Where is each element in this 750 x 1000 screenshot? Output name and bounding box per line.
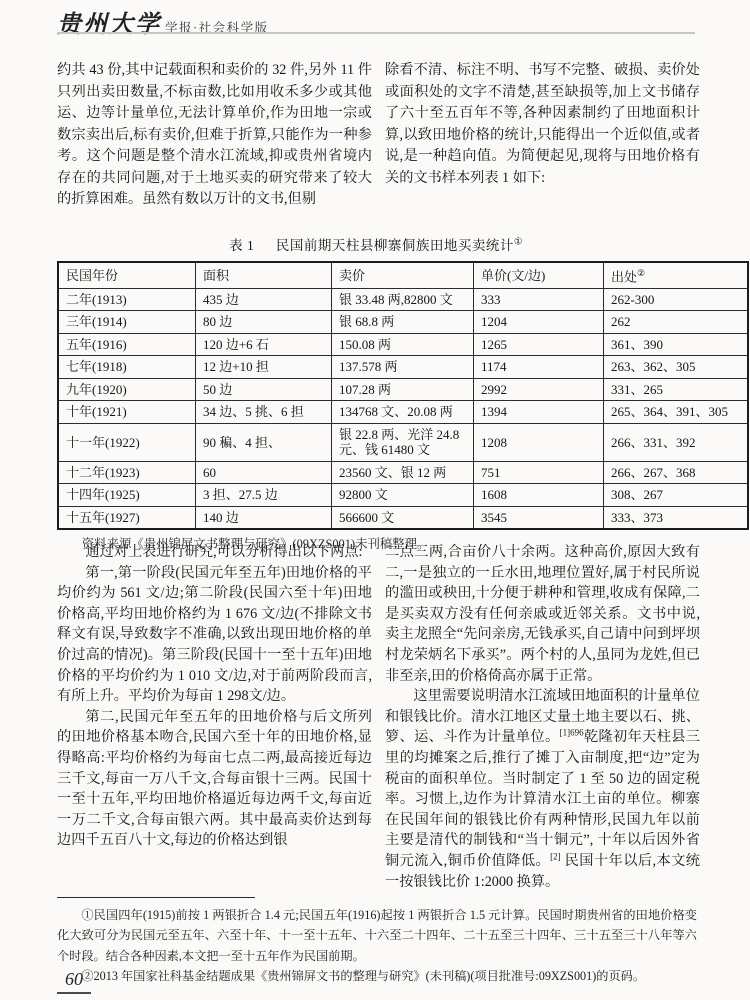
table-cell: 2992: [474, 378, 604, 401]
table-cell: 266、331、392: [604, 423, 749, 461]
table-row: 九年(1920)50 边107.28 两2992331、265: [58, 378, 748, 401]
footnotes: ①民国四年(1915)前按 1 两银折合 1.4 元;民国五年(1916)起按 …: [57, 905, 697, 987]
table-section: 表 1民国前期天柱县柳寨侗族田地买卖统计① 民国年份 面积 卖价 单价(文/边)…: [57, 234, 695, 553]
table-cell: 十五年(1927): [58, 506, 196, 529]
footnote-2: ②2013 年国家社科基金结题成果《贵州锦屏文书的整理与研究》(未刊稿)(项目批…: [57, 966, 697, 986]
citation-mark: [2]: [550, 851, 561, 861]
table-row: 十五年(1927)140 边566600 文3545333、373: [58, 506, 748, 529]
body-paragraph: 这里需要说明清水江流域田地面积的计量单位和银钱比价。清水江地区丈量土地主要以石、…: [385, 686, 700, 892]
body-paragraph: 约共 43 份,其中记载面积和卖价的 32 件,另外 11 件只列出卖田数量,不…: [57, 60, 372, 211]
table-cell: 十一年(1922): [58, 423, 196, 461]
table-cell: 60: [196, 461, 332, 484]
table-cell: 107.28 两: [332, 378, 474, 401]
table-label: 表 1: [229, 238, 254, 253]
body-paragraph: 通过对上表进行研究,可以分析得出以下两点:: [57, 542, 372, 563]
col-header-source-footnote-mark: ②: [637, 268, 645, 278]
table-row: 十年(1921)34 边、5 挑、6 担134768 文、20.08 两1394…: [58, 401, 748, 424]
body-paragraph: 第二,民国元年至五年的田地价格与后文所列的田地价格基本吻合,民国六至十年的田地价…: [57, 707, 372, 851]
col-header-price: 卖价: [332, 262, 474, 288]
table-cell: 12 边+10 担: [196, 356, 332, 379]
table-header: 民国年份 面积 卖价 单价(文/边) 出处②: [58, 262, 748, 288]
right-column-bottom: 二点三两,合亩价八十余两。这种高价,原因大致有二,一是独立的一丘水田,地理位置好…: [385, 542, 700, 892]
table-row: 七年(1918)12 边+10 担137.578 两1174263、362、30…: [58, 356, 748, 379]
table-cell: 361、390: [604, 333, 749, 356]
table-cell: 80 边: [196, 311, 332, 334]
masthead-rule: [57, 32, 695, 34]
table-cell: 34 边、5 挑、6 担: [196, 401, 332, 424]
table-cell: 1608: [474, 484, 604, 507]
table-cell: 333: [474, 288, 604, 311]
table-cell: 十年(1921): [58, 401, 196, 424]
table-cell: 银 68.8 两: [332, 311, 474, 334]
right-column-top: 除看不清、标注不明、书写不完整、破损、卖价处或面积处的文字不清楚,甚至缺损等,加…: [385, 60, 700, 189]
table-cell: 1208: [474, 423, 604, 461]
table-cell: 308、267: [604, 484, 749, 507]
table-cell: 265、364、391、305: [604, 401, 749, 424]
table-cell: 1204: [474, 311, 604, 334]
table-cell: 266、267、368: [604, 461, 749, 484]
col-header-unit-price: 单价(文/边): [474, 262, 604, 288]
body-paragraph: 二点三两,合亩价八十余两。这种高价,原因大致有二,一是独立的一丘水田,地理位置好…: [385, 542, 700, 686]
journal-page: 贵州大学学报·社会科学版 约共 43 份,其中记载面积和卖价的 32 件,另外 …: [0, 0, 750, 1000]
table-cell: 三年(1914): [58, 311, 196, 334]
table-cell: 90 稨、4 担、: [196, 423, 332, 461]
page-number: 60: [57, 969, 91, 994]
table-cell: 150.08 两: [332, 333, 474, 356]
table-title-text: 民国前期天柱县柳寨侗族田地买卖统计: [276, 238, 514, 253]
table-row: 二年(1913)435 边银 33.48 两,82800 文333262-300: [58, 288, 748, 311]
table-row: 十一年(1922)90 稨、4 担、银 22.8 两、光洋 24.8 元、钱 6…: [58, 423, 748, 461]
journal-logo: 贵州大学: [57, 12, 161, 38]
table-cell: 1265: [474, 333, 604, 356]
table-row: 十四年(1925)3 担、27.5 边92800 文1608308、267: [58, 484, 748, 507]
table-cell: 1394: [474, 401, 604, 424]
table-cell: 120 边+6 石: [196, 333, 332, 356]
footnote-1: ①民国四年(1915)前按 1 两银折合 1.4 元;民国五年(1916)起按 …: [57, 905, 697, 966]
table-cell: 331、265: [604, 378, 749, 401]
table-cell: 3 担、27.5 边: [196, 484, 332, 507]
table-cell: 50 边: [196, 378, 332, 401]
table-title: 表 1民国前期天柱县柳寨侗族田地买卖统计①: [57, 234, 695, 254]
left-column-top: 约共 43 份,其中记载面积和卖价的 32 件,另外 11 件只列出卖田数量,不…: [57, 60, 372, 211]
table-cell: 333、373: [604, 506, 749, 529]
table-cell: 262-300: [604, 288, 749, 311]
table-cell: 九年(1920): [58, 378, 196, 401]
table-cell: 1174: [474, 356, 604, 379]
table-row: 五年(1916)120 边+6 石150.08 两1265361、390: [58, 333, 748, 356]
citation-mark: [1]696: [560, 728, 584, 738]
table-cell: 140 边: [196, 506, 332, 529]
table-cell: 十二年(1923): [58, 461, 196, 484]
col-header-source: 出处②: [604, 262, 749, 288]
table-row: 三年(1914)80 边银 68.8 两1204262: [58, 311, 748, 334]
table-cell: 银 33.48 两,82800 文: [332, 288, 474, 311]
table-row: 十二年(1923)6023560 文、银 12 两751266、267、368: [58, 461, 748, 484]
table-header-row: 民国年份 面积 卖价 单价(文/边) 出处②: [58, 262, 748, 288]
table-cell: 23560 文、银 12 两: [332, 461, 474, 484]
table-body: 二年(1913)435 边银 33.48 两,82800 文333262-300…: [58, 288, 748, 529]
footnote-separator: [57, 897, 255, 898]
table-cell: 262: [604, 311, 749, 334]
table-cell: 3545: [474, 506, 604, 529]
table-cell: 五年(1916): [58, 333, 196, 356]
table-cell: 二年(1913): [58, 288, 196, 311]
table-cell: 134768 文、20.08 两: [332, 401, 474, 424]
body-paragraph: 除看不清、标注不明、书写不完整、破损、卖价处或面积处的文字不清楚,甚至缺损等,加…: [385, 60, 700, 189]
table-cell: 435 边: [196, 288, 332, 311]
table-cell: 92800 文: [332, 484, 474, 507]
table-cell: 银 22.8 两、光洋 24.8 元、钱 61480 文: [332, 423, 474, 461]
col-header-area: 面积: [196, 262, 332, 288]
table-cell: 566600 文: [332, 506, 474, 529]
table-cell: 十四年(1925): [58, 484, 196, 507]
table-cell: 263、362、305: [604, 356, 749, 379]
body-paragraph: 第一,第一阶段(民国元年至五年)田地价格的平均价约为 561 文/边;第二阶段(…: [57, 563, 372, 707]
col-header-year: 民国年份: [58, 262, 196, 288]
table-title-footnote-mark: ①: [514, 238, 523, 248]
land-sale-table: 民国年份 面积 卖价 单价(文/边) 出处② 二年(1913)435 边银 33…: [57, 261, 749, 530]
table-cell: 137.578 两: [332, 356, 474, 379]
table-cell: 七年(1918): [58, 356, 196, 379]
table-cell: 751: [474, 461, 604, 484]
left-column-bottom: 通过对上表进行研究,可以分析得出以下两点: 第一,第一阶段(民国元年至五年)田地…: [57, 542, 372, 851]
